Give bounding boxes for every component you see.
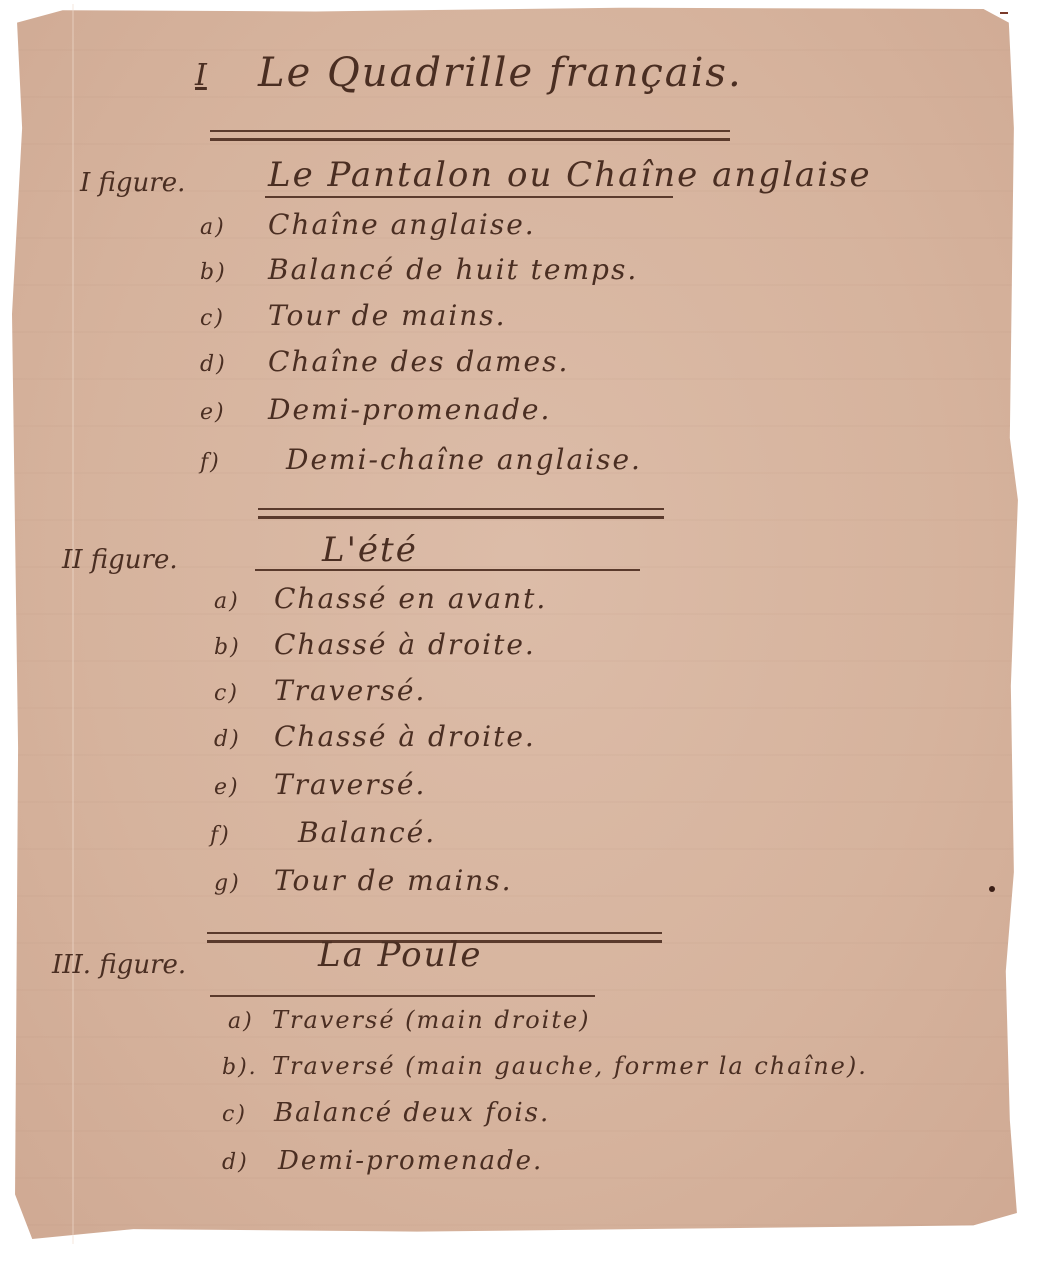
- item-text: Traversé.: [274, 674, 426, 707]
- item-text: Balancé deux fois.: [274, 1098, 550, 1128]
- list-item: c)Balancé deux fois.: [222, 1098, 550, 1128]
- item-letter: b): [200, 260, 268, 285]
- item-letter: a): [214, 589, 274, 614]
- item-letter: a): [200, 215, 268, 240]
- item-text: Demi-promenade.: [268, 393, 551, 426]
- item-letter: e): [200, 400, 268, 425]
- list-item: d)Chassé à droite.: [214, 720, 536, 753]
- item-text: Tour de mains.: [274, 864, 513, 897]
- list-item: b)Chassé à droite.: [214, 628, 536, 661]
- list-item: a)Traversé (main droite): [228, 1006, 591, 1034]
- item-letter: g): [214, 871, 274, 896]
- figure-label: III. figure.: [52, 950, 186, 980]
- ink-mark: [1000, 12, 1008, 14]
- ink-spot: [989, 886, 995, 892]
- figure-title-underline: [255, 569, 640, 571]
- item-text: Chassé à droite.: [274, 720, 536, 753]
- item-text: Demi-chaîne anglaise.: [286, 443, 642, 476]
- list-item: b)Balancé de huit temps.: [200, 253, 638, 286]
- list-item: d)Demi-promenade.: [222, 1146, 543, 1176]
- list-item: g)Tour de mains.: [214, 864, 513, 897]
- item-letter: b).: [222, 1055, 272, 1080]
- list-item: b).Traversé (main gauche, former la chaî…: [222, 1052, 868, 1080]
- item-letter: c): [222, 1102, 274, 1127]
- section-double-rule: [258, 508, 664, 519]
- figure-title-underline: [210, 995, 595, 997]
- figure-title: Le Pantalon ou Chaîne anglaise: [268, 155, 872, 195]
- item-letter: d): [214, 727, 274, 752]
- list-item: d)Chaîne des dames.: [200, 345, 569, 378]
- paper-fold-line: [72, 4, 74, 1244]
- item-letter: d): [222, 1150, 278, 1175]
- item-text: Traversé (main gauche, former la chaîne)…: [272, 1052, 868, 1080]
- list-item: f)Balancé.: [210, 816, 436, 849]
- figure-label: I figure.: [80, 168, 185, 198]
- title-double-rule: [210, 130, 730, 141]
- list-item: a)Chaîne anglaise.: [200, 208, 536, 241]
- item-letter: c): [214, 681, 274, 706]
- figure-title: La Poule: [318, 935, 483, 975]
- item-text: Balancé.: [298, 816, 436, 849]
- item-letter: b): [214, 635, 274, 660]
- item-text: Demi-promenade.: [278, 1146, 543, 1176]
- list-item: e)Traversé.: [214, 768, 426, 801]
- list-item: e)Demi-promenade.: [200, 393, 551, 426]
- figure-title: L'été: [322, 530, 418, 570]
- item-text: Traversé (main droite): [272, 1006, 591, 1034]
- item-letter: d): [200, 352, 268, 377]
- item-letter: a): [228, 1009, 272, 1034]
- figure-label: II figure.: [62, 545, 178, 575]
- item-text: Tour de mains.: [268, 299, 507, 332]
- item-text: Chaîne anglaise.: [268, 208, 536, 241]
- list-item: a)Chassé en avant.: [214, 582, 547, 615]
- item-letter: c): [200, 306, 268, 331]
- item-text: Chassé en avant.: [274, 582, 547, 615]
- list-item: c)Tour de mains.: [200, 299, 507, 332]
- figure-title-underline: [265, 196, 673, 198]
- item-text: Traversé.: [274, 768, 426, 801]
- item-letter: f): [200, 450, 286, 475]
- item-letter: e): [214, 775, 274, 800]
- title-numeral: I: [195, 58, 207, 93]
- item-text: Chaîne des dames.: [268, 345, 569, 378]
- item-letter: f): [210, 823, 298, 848]
- item-text: Chassé à droite.: [274, 628, 536, 661]
- list-item: f)Demi-chaîne anglaise.: [200, 443, 642, 476]
- page-title: Le Quadrille français.: [258, 50, 743, 96]
- item-text: Balancé de huit temps.: [268, 253, 638, 286]
- list-item: c)Traversé.: [214, 674, 426, 707]
